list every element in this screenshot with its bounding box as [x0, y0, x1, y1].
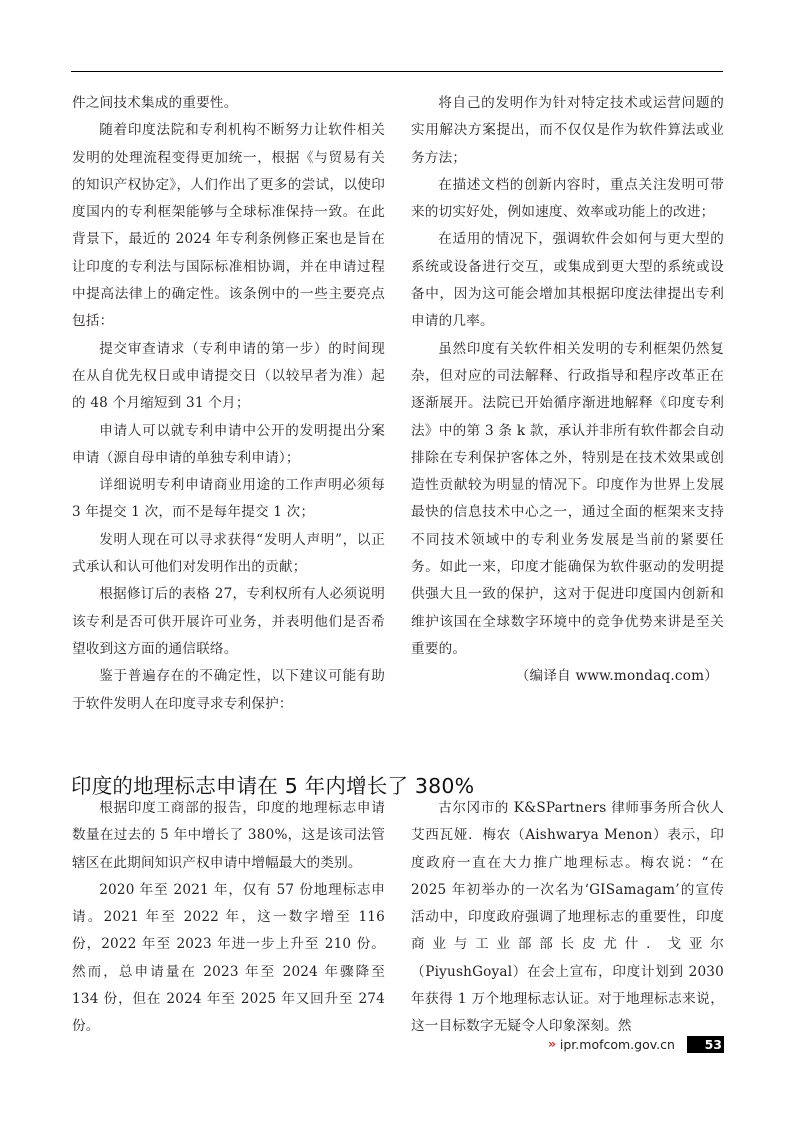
article2-left-column: 根据印度工商部的报告，印度的地理标志申请数量在过去的 5 年中增长了 380%，… — [72, 795, 385, 1041]
paragraph: 虽然印度有关软件相关发明的专利框架仍然复杂，但对应的司法解释、行政指导和程序改革… — [411, 336, 724, 664]
article1-right-column: 将自己的发明作为针对特定技术或运营问题的实用解决方案提出，而不仅仅是作为软件算法… — [411, 90, 724, 691]
paragraph: 件之间技术集成的重要性。 — [72, 90, 385, 117]
page-number: 53 — [687, 1036, 724, 1053]
paragraph: 根据印度工商部的报告，印度的地理标志申请数量在过去的 5 年中增长了 380%，… — [72, 795, 385, 877]
paragraph: 将自己的发明作为针对特定技术或运营问题的实用解决方案提出，而不仅仅是作为软件算法… — [411, 90, 724, 172]
header-rule — [71, 71, 723, 72]
paragraph: 在描述文档的创新内容时，重点关注发明可带来的切实好处，例如速度、效率或功能上的改… — [411, 172, 724, 227]
article1-left-column: 件之间技术集成的重要性。 随着印度法院和专利机构不断努力让软件相关发明的处理流程… — [72, 90, 385, 718]
paragraph: 根据修订后的表格 27，专利权所有人必须说明该专利是否可供开展许可业务，并表明他… — [72, 581, 385, 663]
footer: ›› ipr.mofcom.gov.cn — [548, 1035, 697, 1053]
double-chevron-right-icon: ›› — [548, 1037, 554, 1051]
source-citation: （编译自 www.mondaq.com） — [411, 663, 724, 690]
paragraph: 2020 年至 2021 年，仅有 57 份地理标志申请。2021 年至 202… — [72, 877, 385, 1041]
paragraph: 鉴于普遍存在的不确定性，以下建议可能有助于软件发明人在印度寻求专利保护： — [72, 663, 385, 718]
paragraph: 古尔冈市的 K&SPartners 律师事务所合伙人艾西瓦娅．梅农（Aishwa… — [411, 795, 724, 1041]
paragraph: 申请人可以就专利申请中公开的发明提出分案申请（源自母申请的单独专利申请）； — [72, 418, 385, 473]
article2-right-column: 古尔冈市的 K&SPartners 律师事务所合伙人艾西瓦娅．梅农（Aishwa… — [411, 795, 724, 1041]
paragraph: 详细说明专利申请商业用途的工作声明必须每 3 年提交 1 次，而不是每年提交 1… — [72, 472, 385, 527]
footer-website-link[interactable]: ipr.mofcom.gov.cn — [560, 1037, 675, 1052]
paragraph: 发明人现在可以寻求获得“发明人声明”，以正式承认和认可他们对发明作出的贡献； — [72, 527, 385, 582]
paragraph: 在适用的情况下，强调软件会如何与更大型的系统或设备进行交互，或集成到更大型的系统… — [411, 226, 724, 335]
paragraph: 随着印度法院和专利机构不断努力让软件相关发明的处理流程变得更加统一，根据《与贸易… — [72, 117, 385, 335]
paragraph: 提交审查请求（专利申请的第一步）的时间现在从自优先权日或申请提交日（以较早者为准… — [72, 336, 385, 418]
